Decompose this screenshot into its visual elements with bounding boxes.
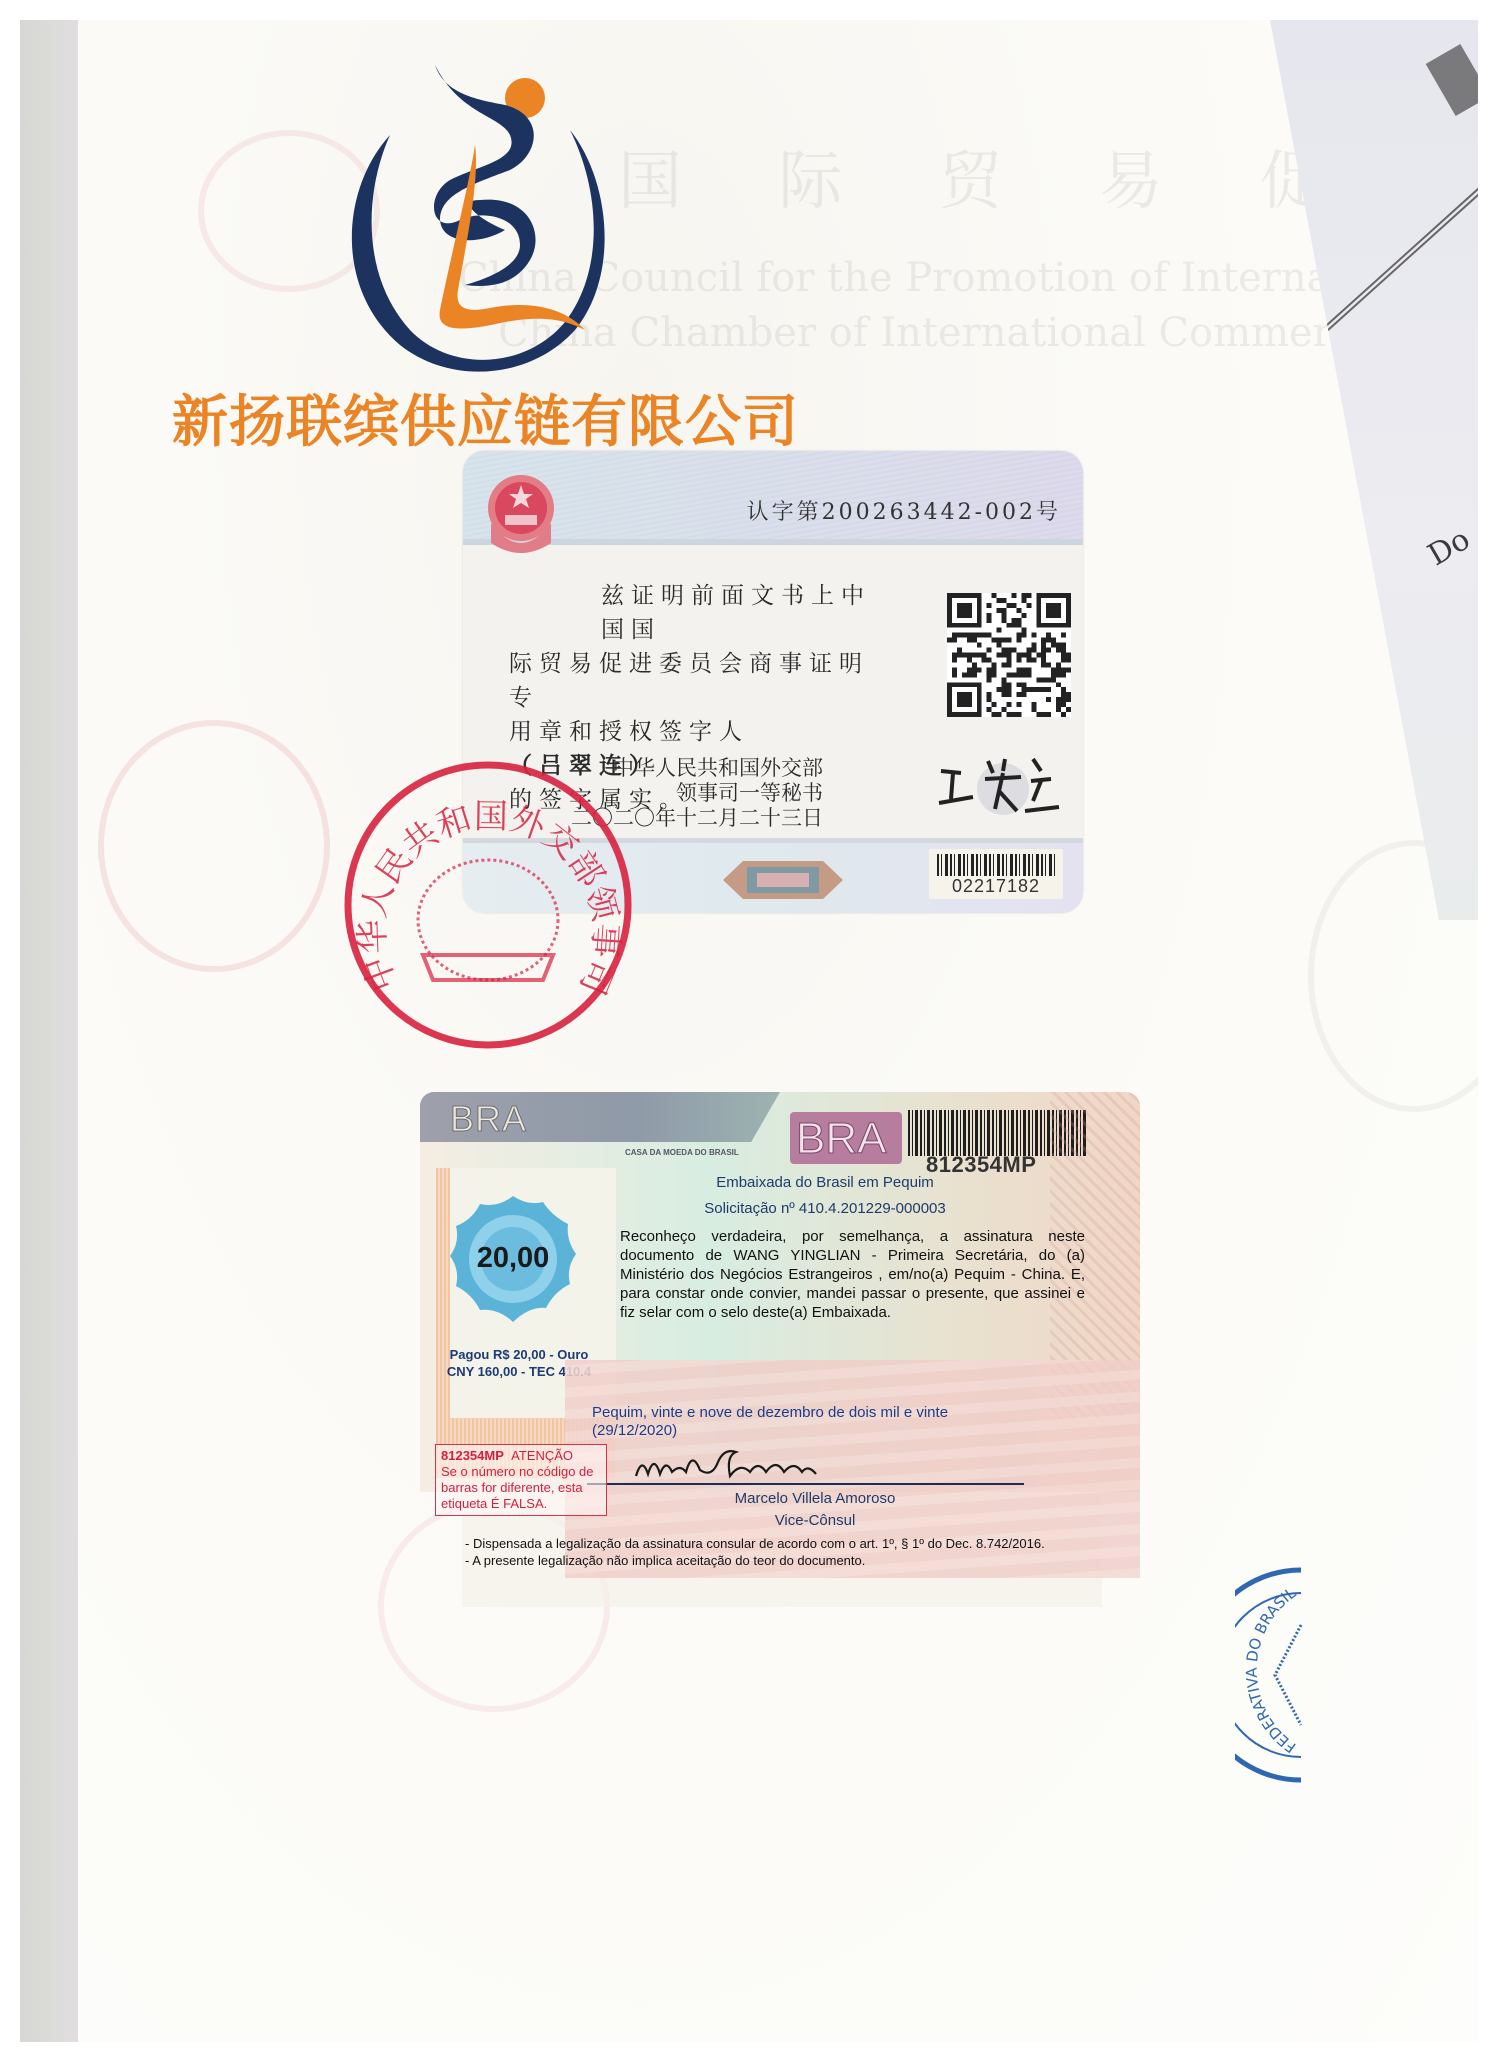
scanned-document: 国 际 贸 易 促 进 委 员 会 China Council for the …: [20, 20, 1478, 2042]
statement-line: 兹证明前面文书上中国国: [509, 579, 889, 647]
bra-box-text: BRA: [796, 1114, 886, 1164]
consul-signature-icon: [632, 1442, 822, 1486]
hologram-icon: [723, 857, 843, 903]
red-ministry-seal-icon: 中华人民共和国外交部领事司: [338, 755, 638, 1055]
xylb-logo-icon: [330, 60, 630, 380]
statement-line: 际贸易促进委员会商事证明专: [509, 647, 889, 715]
scan-edge-strip: [20, 20, 78, 2042]
request-number: Solicitação nº 410.4.201229-000003: [615, 1200, 1035, 1217]
signature-line: [587, 1483, 1024, 1485]
consul-block: Marcelo Villela Amoroso Vice-Cônsul: [620, 1488, 1010, 1532]
mint-label: CASA DA MOEDA DO BRASIL: [625, 1148, 739, 1157]
warning-code: 812354MP: [441, 1448, 504, 1463]
svg-text:中华人民共和国外交部领事司: 中华人民共和国外交部领事司: [353, 797, 626, 1001]
certificate-barcode: 02217182: [929, 849, 1063, 899]
seal-text: 中华人民共和国外交部领事司: [353, 797, 626, 1001]
folded-page-text: Do: [1422, 522, 1476, 573]
legal-note: - A presente legalização não implica ace…: [465, 1552, 1145, 1569]
company-name: 新扬联缤供应链有限公司: [172, 378, 799, 458]
legal-notes: - Dispensada a legalização da assinatura…: [465, 1535, 1145, 1569]
fee-amount: 20,00: [465, 1242, 561, 1275]
date-numeric: (29/12/2020): [592, 1422, 1052, 1440]
certificate-number: 认字第200263442-002号: [747, 495, 1061, 526]
legal-note: - Dispensada a legalização da assinatura…: [465, 1535, 1145, 1552]
national-emblem-icon: [481, 463, 561, 563]
place-date: Pequim, vinte e nove de dezembro de dois…: [592, 1404, 1052, 1440]
barcode-number: 02217182: [929, 876, 1063, 897]
barcode-icon: [937, 854, 1055, 876]
sticker-header-text: BRA: [450, 1098, 527, 1140]
bra-box: BRA: [790, 1112, 902, 1164]
statement-text: 用章和授权签字人: [509, 719, 749, 745]
place-date-text: Pequim, vinte e nove de dezembro de dois…: [592, 1404, 1052, 1422]
signer-title: Vice-Cônsul: [620, 1510, 1010, 1532]
legalization-statement: Reconheço verdadeira, por semelhança, a …: [620, 1227, 1085, 1322]
handwritten-signature-icon: [933, 751, 1063, 826]
warning-text: Se o número no código de barras for dife…: [441, 1464, 601, 1512]
sticker-barcode-number: 812354MP: [926, 1152, 1036, 1178]
qr-code-icon: [947, 593, 1071, 717]
blue-embassy-seal-icon: FEDERATIVA DO BRASIL: [1235, 1565, 1305, 1785]
ghost-seal-icon: [98, 720, 330, 972]
signer-name: Marcelo Villela Amoroso: [620, 1488, 1010, 1510]
warning-title: ATENÇÃO: [511, 1448, 573, 1463]
authenticity-warning: 812354MP ATENÇÃO Se o número no código d…: [435, 1444, 607, 1516]
fold-mark: [1426, 44, 1478, 116]
brazil-legalization-sticker: BRA CASA DA MOEDA DO BRASIL BRA 20,00 Pa…: [420, 1092, 1140, 1582]
